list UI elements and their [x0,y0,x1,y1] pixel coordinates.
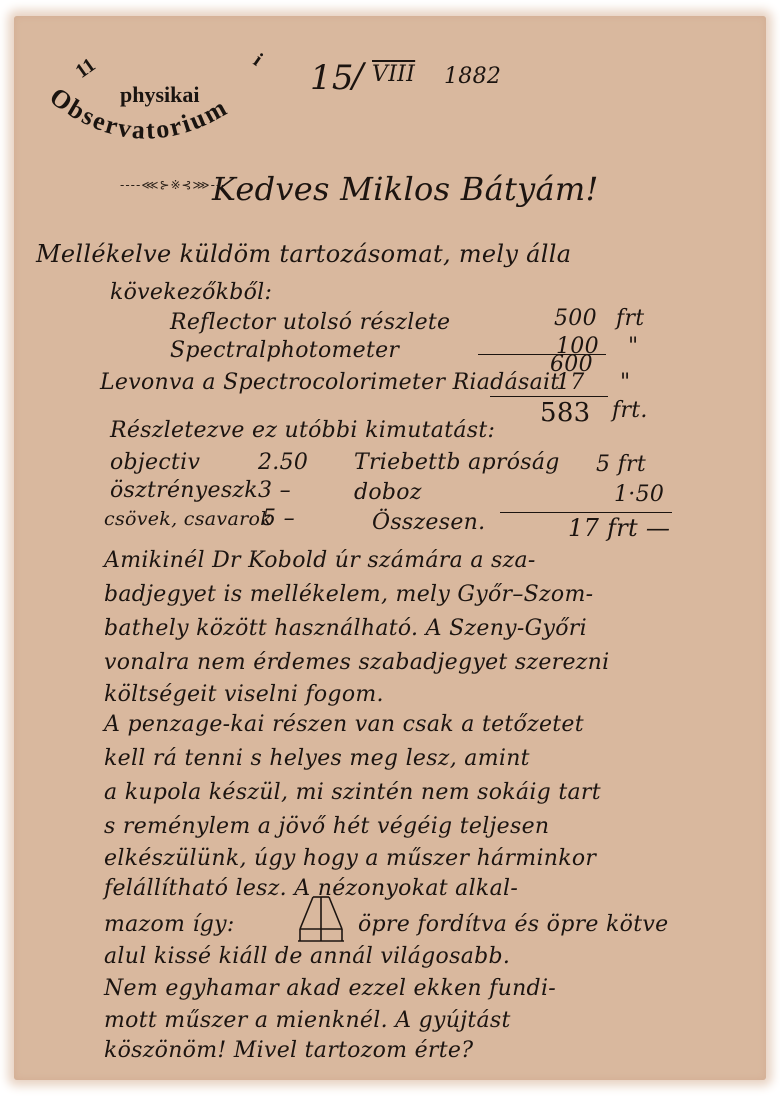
details-right-item-2: doboz [354,480,422,505]
details-left-item-1: objectiv [110,450,200,475]
paragraph-2-line-4: s reménylem a jövő hét végéig teljesen [104,814,549,839]
details-left-amount-2: 3 – [258,478,291,503]
details-left-amount-1: 2.50 [258,450,308,475]
paragraph-3-line-5: köszönöm! Mivel tartozom érte? [104,1038,473,1063]
details-rule [500,512,672,513]
ledger-total-amount: 583 [540,398,591,428]
ledger-rule-2 [490,396,608,397]
trapezoid-sketch-icon [297,895,347,947]
paragraph-2-line-2: kell rá tenni s helyes meg lesz, amint [104,746,530,771]
ledger-amount-1: 500 [554,306,597,331]
intro-line-1: Mellékelve küldöm tartozásomat, mely áll… [36,240,571,268]
ledger-deduction-amount: 17 [556,370,585,395]
details-right-amount-1: 5 frt [596,452,646,477]
letterhead-fragment-right: i [249,49,267,70]
date-separator: / [352,56,364,96]
details-heading: Részletezve ez utóbbi kimutatást: [110,418,495,443]
paragraph-3-line-4: mott műszer a mienknél. A gyújtást [104,1008,511,1033]
ledger-item-1: Reflector utolsó részlete [170,310,450,335]
paragraph-2-line-3: a kupola készül, mi szintén nem sokáig t… [104,780,601,805]
details-left-amount-3: 5 – [262,506,295,531]
ledger-deduction-item: Levonva a Spectrocolorimeter Riadásait [100,370,559,395]
paragraph-2-line-5: elkészülünk, úgy hogy a műszer hárminkor [104,846,596,871]
paragraph-3-line-1b: öpre fordítva és öpre kötve [358,912,668,937]
letterhead-ornament: ----⋘⊱※⊰⋙--- [120,178,227,192]
paragraph-2-line-1: A penzage-kai részen van csak a tetőzete… [104,712,584,737]
details-sum: 17 frt — [568,514,670,542]
ledger-item-2: Spectralphotometer [170,338,399,363]
date-year: 1882 [444,64,501,89]
ledger-deduction-unit: " [620,370,630,395]
ledger-unit-2: " [628,334,638,359]
date-day: 15 [310,58,354,98]
paragraph-1-line-4: vonalra nem érdemes szabadjegyet szerezn… [104,650,609,675]
paragraph-3-line-3: Nem egyhamar akad ezzel ekken fundi- [104,976,556,1001]
details-left-item-2: ösztrényeszk [110,478,258,503]
details-right-item-1: Triebettb apróság [354,450,560,475]
letterhead-physikai: physikai [120,82,200,107]
paragraph-1-line-2: badjegyet is mellékelem, mely Győr–Szom- [104,582,593,607]
paragraph-3-line-2: alul kissé kiáll de annál világosabb. [104,944,510,969]
salutation: Kedves Miklos Bátyám! [212,170,599,208]
letterhead-logo: Observatorium 11 i physikai [20,40,320,190]
intro-line-2: kövekezőkből: [110,280,272,305]
paragraph-3-line-1a: mazom így: [104,912,235,937]
paragraph-1-line-1: Amikinél Dr Kobold úr számára a sza- [104,548,536,573]
date-month: VIII [372,62,415,87]
ledger-total-unit: frt. [612,398,648,423]
ledger-unit-1: frt [616,306,644,331]
details-left-item-3: csövek, csavarok [104,508,272,530]
letterhead-fragment-left: 11 [71,54,99,83]
details-right-amount-2: 1·50 [614,482,664,507]
details-sum-label: Összesen. [372,510,485,535]
paragraph-1-line-5: költségeit viselni fogom. [104,682,384,707]
paragraph-1-line-3: bathely között használható. A Szeny-Győr… [104,616,587,641]
